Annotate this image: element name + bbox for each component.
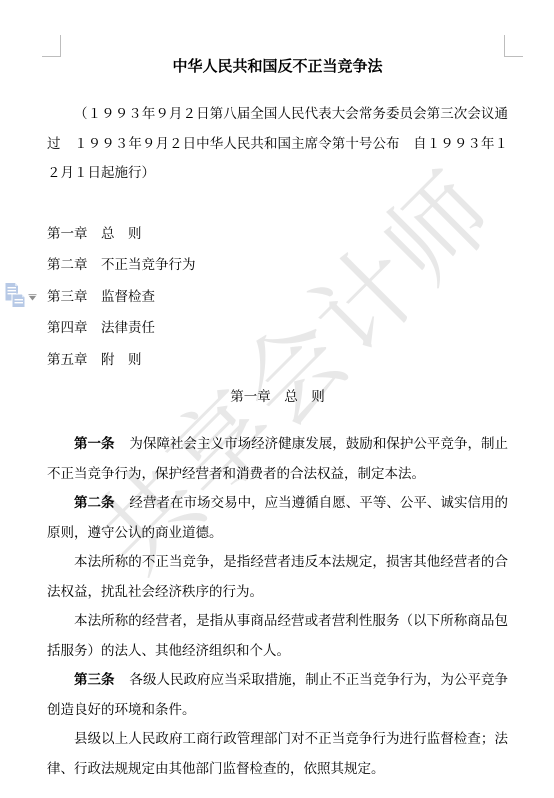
article-text: 本法所称的经营者，是指从事商品经营或者营利性服务（以下所称商品包括服务）的法人、… — [47, 613, 508, 658]
chapter-list: 第一章 总 则 第二章 不正当竞争行为 第三章 监督检查 第四章 法律责任 第五… — [47, 218, 508, 376]
article-body: 第一条为保障社会主义市场经济健康发展，鼓励和保护公平竞争，制止不正当竞争行为，保… — [47, 429, 508, 783]
article-text: 本法所称的不正当竞争，是指经营者违反本法规定，损害其他经营者的合法权益，扰乱社会… — [47, 554, 508, 599]
document-title: 中华人民共和国反不正当竞争法 — [47, 52, 508, 82]
article-label: 第三条 — [74, 672, 115, 687]
article-label: 第一条 — [74, 436, 115, 451]
toc-chapter-3: 第三章 监督检查 — [47, 281, 508, 313]
article-paragraph-3: 本法所称的不正当竞争，是指经营者违反本法规定，损害其他经营者的合法权益，扰乱社会… — [47, 547, 508, 606]
dropdown-arrow-icon — [28, 288, 38, 306]
article-text: 县级以上人民政府工商行政管理部门对不正当竞争行为进行监督检查；法律、行政法规规定… — [47, 731, 508, 776]
article-paragraph-2: 第二条经营者在市场交易中，应当遵循自愿、平等、公平、诚实信用的原则，遵守公认的商… — [47, 488, 508, 547]
article-paragraph-5: 第三条各级人民政府应当采取措施，制止不正当竞争行为，为公平竞争创造良好的环境和条… — [47, 665, 508, 724]
toc-chapter-2: 第二章 不正当竞争行为 — [47, 249, 508, 281]
article-text: 为保障社会主义市场经济健康发展，鼓励和保护公平竞争，制止不正当竞争行为，保护经营… — [47, 436, 508, 481]
article-label: 第二条 — [74, 495, 115, 510]
article-paragraph-6: 县级以上人民政府工商行政管理部门对不正当竞争行为进行监督检查；法律、行政法规规定… — [47, 724, 508, 783]
article-text: 各级人民政府应当采取措施，制止不正当竞争行为，为公平竞争创造良好的环境和条件。 — [47, 672, 508, 717]
toc-chapter-4: 第四章 法律责任 — [47, 312, 508, 344]
enactment-note: （１９９３年９月２日第八届全国人民代表大会常务委员会第三次会议通过 １９９３年９… — [47, 99, 508, 188]
document-page: 共享会计师 中华人民共和国反不正当竞争法 （１９９ — [0, 0, 554, 798]
article-paragraph-1: 第一条为保障社会主义市场经济健康发展，鼓励和保护公平竞争，制止不正当竞争行为，保… — [47, 429, 508, 488]
toc-chapter-1: 第一章 总 则 — [47, 218, 508, 250]
document-content: 中华人民共和国反不正当竞争法 （１９９３年９月２日第八届全国人民代表大会常务委员… — [0, 52, 554, 783]
article-paragraph-4: 本法所称的经营者，是指从事商品经营或者营利性服务（以下所称商品包括服务）的法人、… — [47, 606, 508, 665]
document-pages-icon — [5, 282, 27, 313]
article-text: 经营者在市场交易中，应当遵循自愿、平等、公平、诚实信用的原则，遵守公认的商业道德… — [47, 495, 508, 540]
chapter-1-heading: 第一章 总 则 — [47, 382, 508, 412]
toc-chapter-5: 第五章 附 则 — [47, 344, 508, 376]
smart-tag-button[interactable] — [5, 281, 43, 309]
